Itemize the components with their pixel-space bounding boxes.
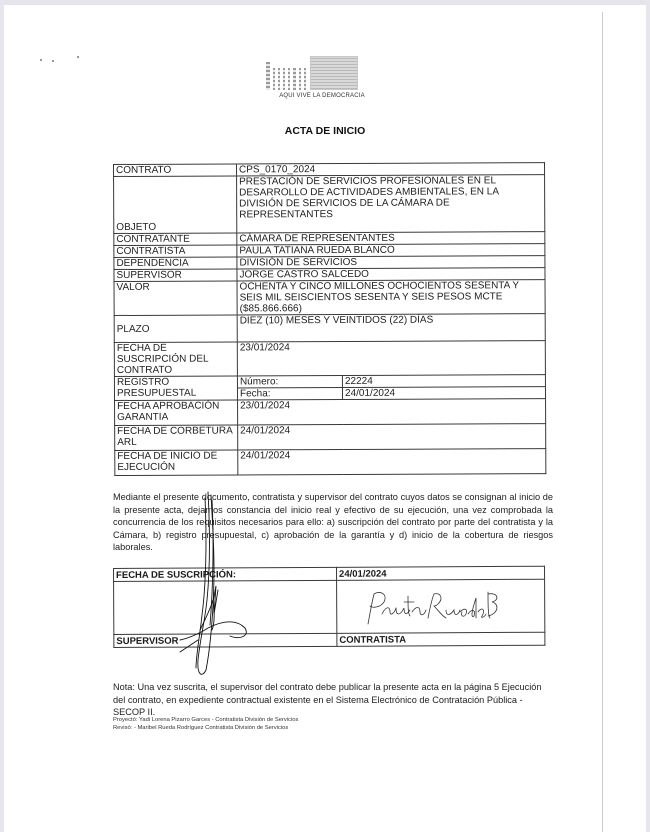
label-contratante: CONTRATANTE (114, 233, 237, 246)
label-fecha-inicio-ejecucion: FECHA DE INICIO DE EJECUCIÓN (115, 450, 238, 476)
label-contratista: CONTRATISTA (114, 245, 237, 258)
contratista-signature-icon (360, 588, 500, 628)
value-fecha-inicio-ejecucion: 24/01/2024 (238, 449, 546, 475)
label-valor: VALOR (114, 281, 237, 316)
scan-speck (40, 59, 42, 61)
value-plazo: DIEZ (10) MESES Y VEINTIDOS (22) DÍAS (237, 314, 545, 342)
row-plazo: PLAZO DIEZ (10) MESES Y VEINTIDOS (22) D… (114, 314, 545, 343)
capitol-columns-icon (266, 60, 306, 90)
label-rp-numero: Número: (237, 376, 342, 388)
row-objeto: OBJETO PRESTACIÓN DE SERVICIOS PROFESION… (114, 175, 545, 234)
value-rp-fecha: 24/01/2024 (342, 387, 545, 400)
value-fecha-suscripcion: 23/01/2024 (237, 341, 545, 376)
label-dependencia: DEPENDENCIA (114, 257, 237, 270)
footer-credits: Proyectó: Yadi Lorena Pizarro Garces - C… (113, 716, 553, 732)
label-rp-fecha: Fecha: (237, 388, 342, 400)
scan-border-top (0, 0, 650, 5)
value-fecha-aprobacion-garantia: 23/01/2024 (238, 399, 546, 425)
row-fecha-cobertura-arl: FECHA DE CORBETURA ARL 24/01/2024 (115, 424, 546, 451)
value-rp-numero: 22224 (342, 375, 545, 388)
scan-speck (77, 56, 79, 58)
label-objeto: OBJETO (114, 176, 237, 234)
footer-reviso: Revisó: - Maribel Rueda Rodríguez Contra… (113, 724, 553, 732)
publication-note: Nota: Una vez suscrita, el supervisor de… (113, 681, 553, 719)
scan-speck (52, 60, 54, 62)
value-objeto: PRESTACIÓN DE SERVICIOS PROFESIONALES EN… (237, 175, 545, 233)
label-fecha-suscripcion: FECHA DE SUSCRIPCIÓN DEL CONTRATO (114, 342, 237, 377)
logo-caption: AQUI VIVE LA DEMOCRACIA (272, 93, 372, 99)
camara-logo (266, 56, 370, 90)
footer-proyecto: Proyectó: Yadi Lorena Pizarro Garces - C… (113, 716, 553, 724)
label-plazo: PLAZO (114, 315, 237, 343)
logo-text-block (310, 56, 358, 90)
label-supervisor: SUPERVISOR (114, 269, 237, 282)
supervisor-signature-icon (150, 490, 260, 680)
row-fecha-inicio-ejecucion: FECHA DE INICIO DE EJECUCIÓN 24/01/2024 (115, 449, 546, 476)
label-fecha-cobertura-arl: FECHA DE CORBETURA ARL (115, 425, 238, 451)
label-registro-presupuestal: REGISTRO PRESUPUESTAL (114, 376, 237, 401)
value-valor: OCHENTA Y CINCO MILLONES OCHOCIENTOS SES… (237, 280, 545, 315)
value-fecha-suscripcion-sig: 24/01/2024 (336, 566, 544, 580)
label-contratista-sig: CONTRATISTA (337, 632, 545, 646)
row-fecha-aprobacion-garantia: FECHA APROBACIÓN GARANTIA 23/01/2024 (115, 399, 546, 426)
document-title: ACTA DE INICIO (0, 125, 650, 137)
row-valor: VALOR OCHENTA Y CINCO MILLONES OCHOCIENT… (114, 280, 545, 316)
label-contrato: CONTRATO (114, 164, 237, 177)
value-fecha-cobertura-arl: 24/01/2024 (238, 424, 546, 450)
label-fecha-aprobacion-garantia: FECHA APROBACIÓN GARANTIA (115, 400, 238, 426)
contract-details-table: CONTRATO CPS_0170_2024 OBJETO PRESTACIÓN… (113, 162, 546, 476)
row-fecha-suscripcion: FECHA DE SUSCRIPCIÓN DEL CONTRATO 23/01/… (114, 341, 545, 377)
